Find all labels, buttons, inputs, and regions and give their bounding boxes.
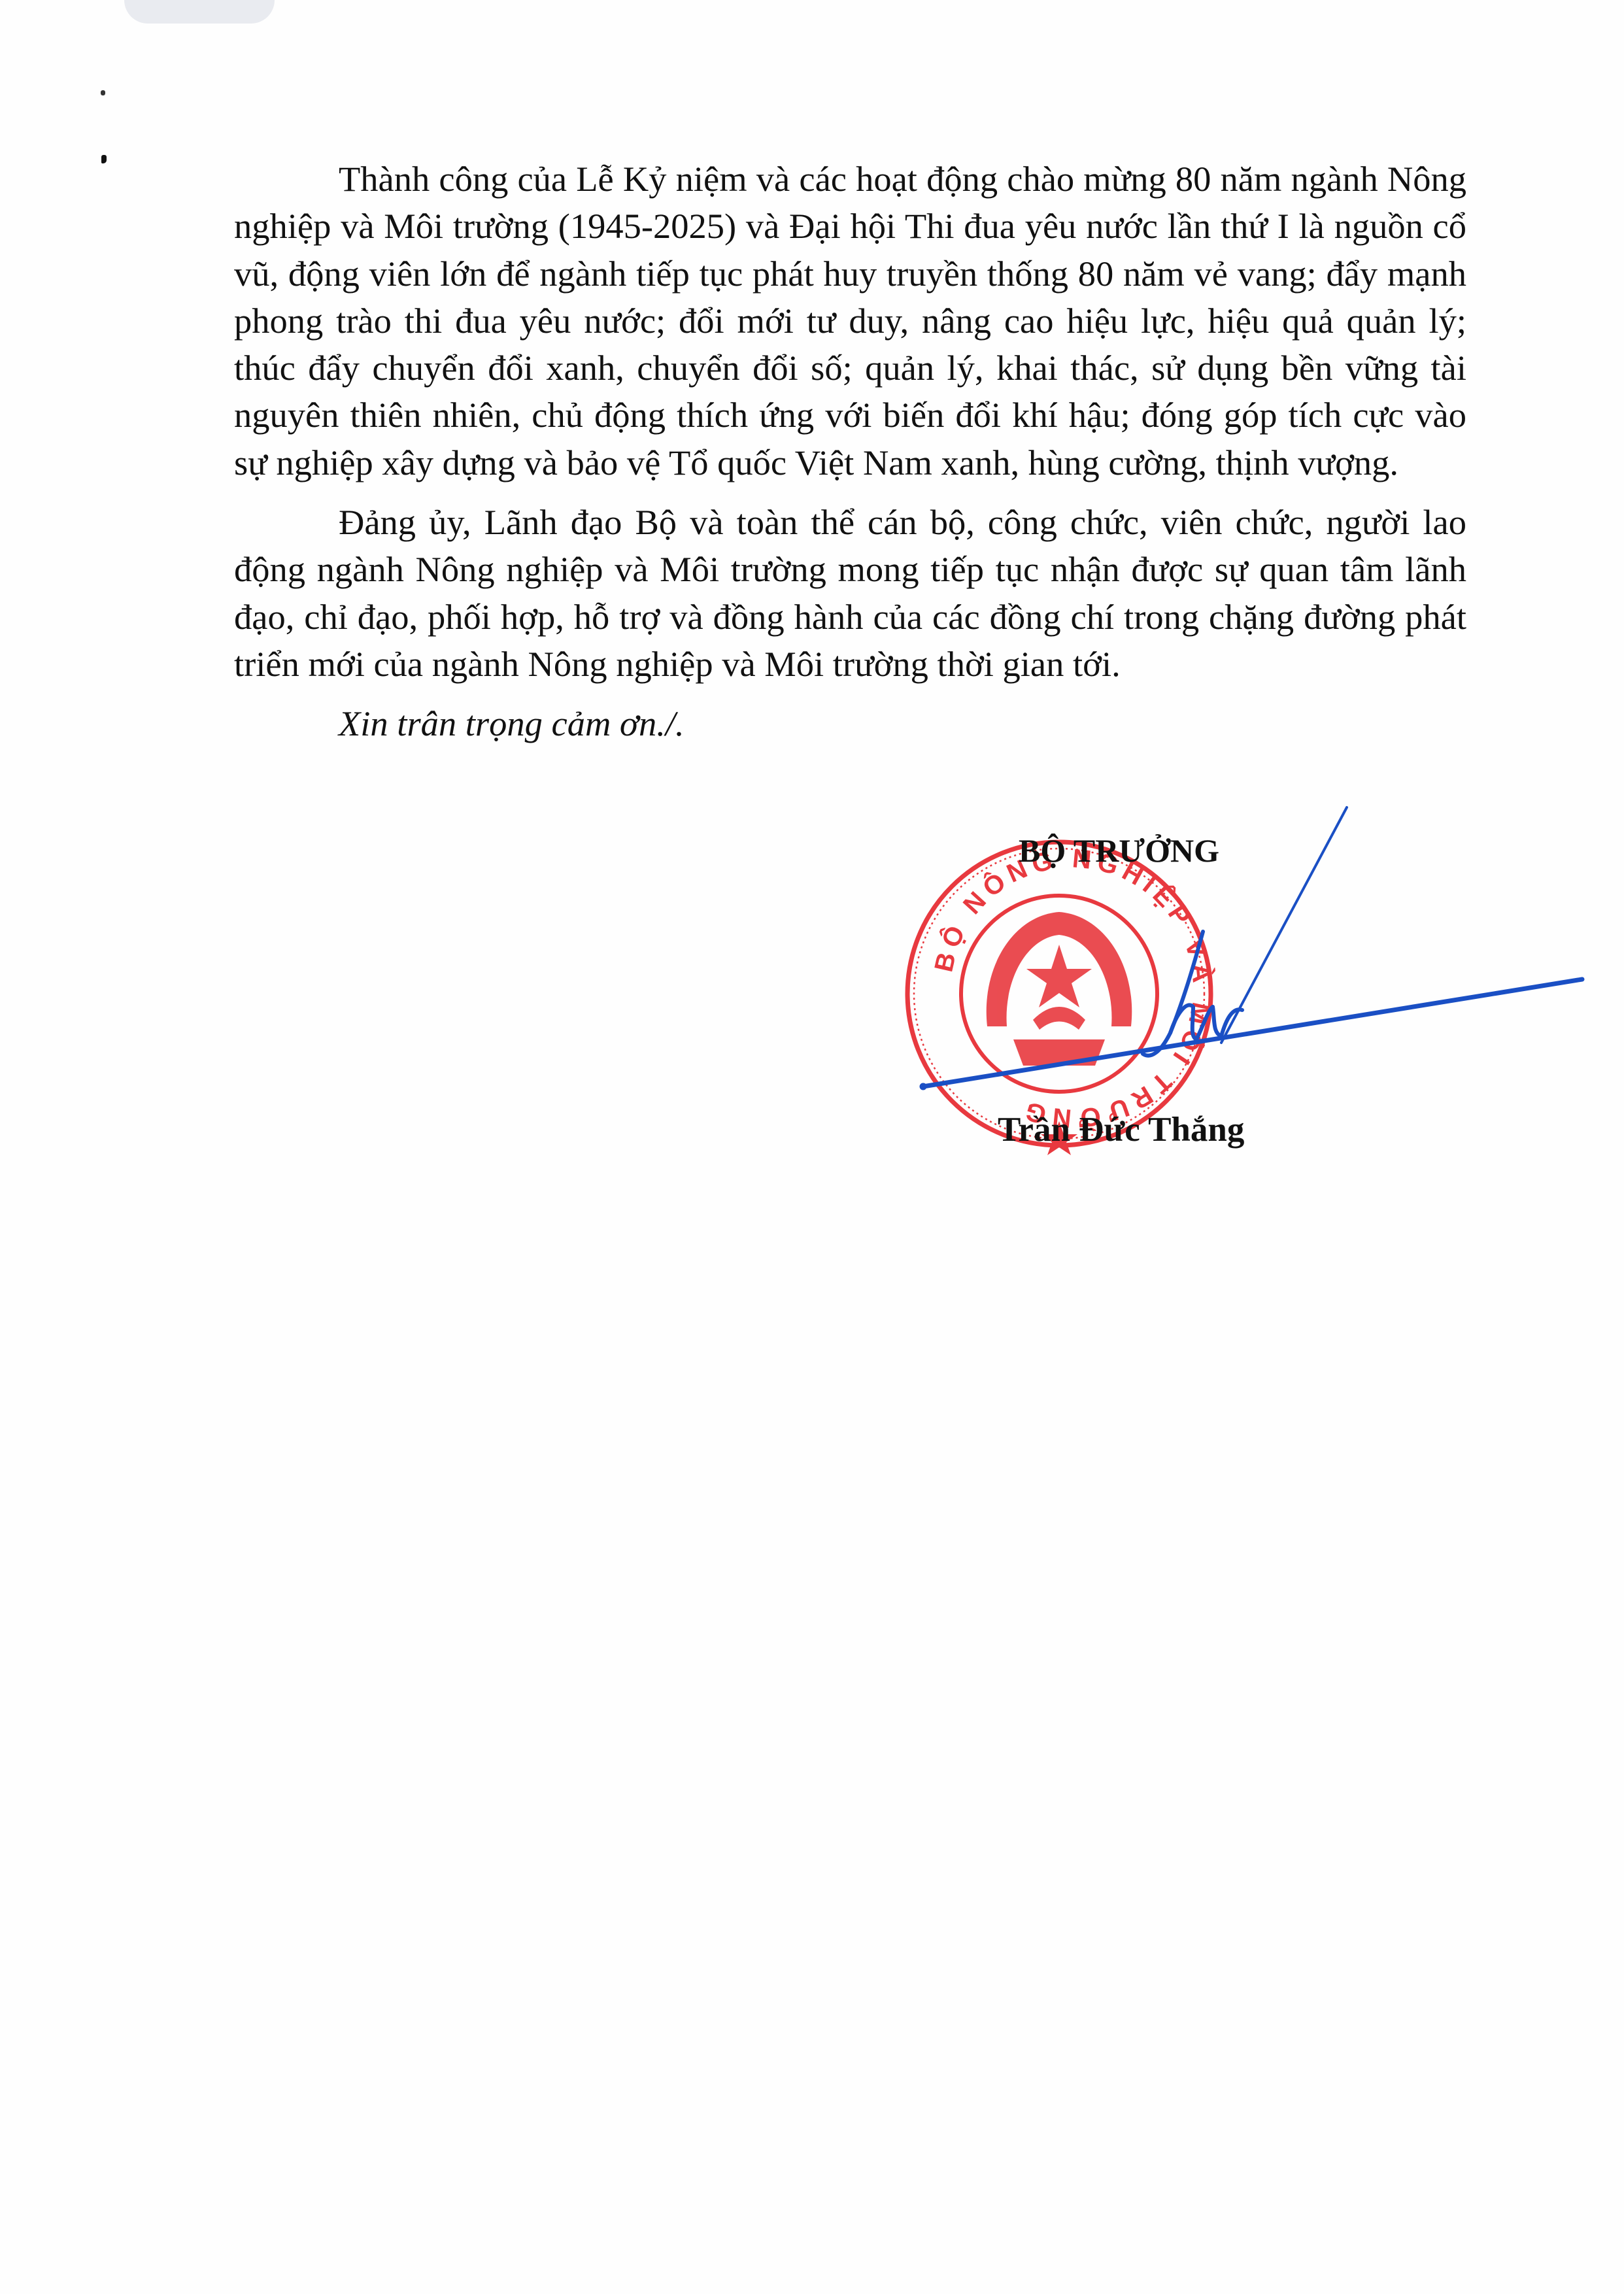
handwritten-signature-icon [863,784,1624,1124]
scan-artifact [101,90,105,95]
paragraph-1: Thành công của Lễ Kỷ niệm và các hoạt độ… [234,156,1466,486]
letter-body: Thành công của Lễ Kỷ niệm và các hoạt độ… [234,156,1466,748]
document-page: Thành công của Lễ Kỷ niệm và các hoạt độ… [0,0,1624,2294]
scan-artifact [101,155,107,163]
signature-block: BỘ NÔNG NGHIỆP VÀ MÔI TRƯỜNG BỘ TRƯỞNG T… [902,804,1621,1196]
scan-artifact [124,0,275,24]
paragraph-2: Đảng ủy, Lãnh đạo Bộ và toàn thể cán bộ,… [234,499,1466,688]
closing-line: Xin trân trọng cảm ơn./. [234,700,1466,747]
